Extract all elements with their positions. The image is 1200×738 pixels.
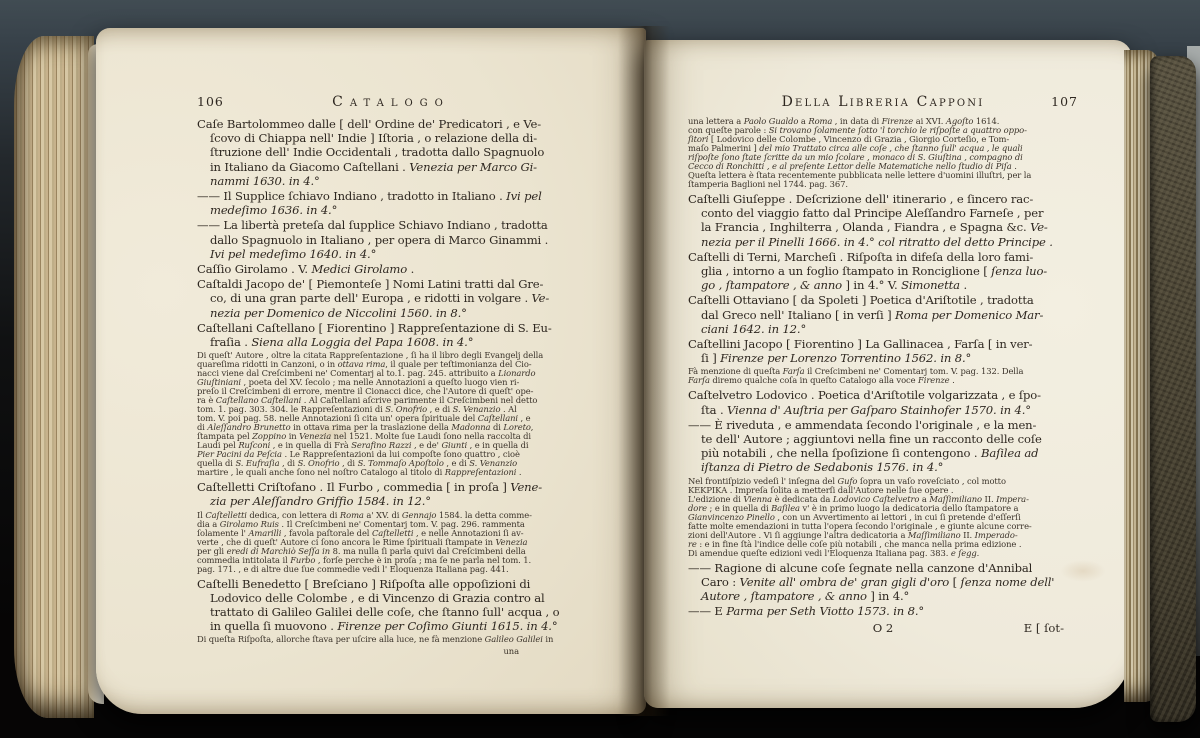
text-line: in quella ſi muovono . Firenze per Coſim… [197, 619, 585, 633]
text-line: Lodovico delle Colombe , e di Vincenzo d… [197, 591, 585, 605]
text-line: co, di una gran parte dell' Europa , e r… [197, 291, 585, 305]
text-line: nezia per Domenico de Niccolini 1560. in… [197, 306, 585, 320]
text-line: Caſe Bartolommeo dalle [ dell' Ordine de… [197, 117, 585, 131]
footnote-block: Fà menzione di queſta Farſa il Creſcimbe… [688, 367, 1088, 385]
book-photo: 106 Catalogo Caſe Bartolommeo dalle [ de… [0, 0, 1200, 738]
entry-block: Caſſio Girolamo . V. Medici Girolamo . [197, 262, 585, 276]
text-line: una [197, 647, 597, 656]
text-line: ſi ] Firenze per Lorenzo Torrentino 1562… [688, 351, 1078, 365]
left-page-header: 106 Catalogo [197, 94, 585, 110]
text-line: Di amendue queſte edizioni vedi l'Eloque… [688, 549, 1088, 558]
text-line: iſtanza di Pietro de Sedabonis 1576. in … [688, 460, 1078, 474]
text-line: Di queſta Riſpoſta, allorche ſtava per u… [197, 635, 597, 644]
text-line: Autore , ſtampatore , & anno ] in 4.° [688, 589, 1078, 603]
text-line: più notabili , che nella ſpoſizione ſi c… [688, 446, 1078, 460]
text-line: —— La libertà preteſa dal ſupplice Schia… [197, 218, 585, 232]
text-line: trattato di Galileo Galilei delle coſe, … [197, 605, 585, 619]
text-line: ſcovo di Chiappa nell' Indie ] Iſtoria ,… [197, 131, 585, 145]
text-line: Farſa diremo qualche coſa in queſto Cata… [688, 376, 1088, 385]
text-line: zia per Aleſſandro Griffio 1584. in 12.° [197, 494, 585, 508]
entry-block: —— È riveduta , e ammendata ſecondo l'or… [688, 418, 1078, 475]
right-page-number: 107 [1032, 94, 1078, 109]
text-line: dal Greco nell' Italiano [ in verſi ] Ro… [688, 308, 1078, 322]
entry-block: Caſe Bartolommeo dalle [ dell' Ordine de… [197, 117, 585, 188]
text-line: Caſtelletti Criſtofano . Il Furbo , comm… [197, 480, 585, 494]
text-line: Caſtellini Jacopo [ Fiorentino ] La Gall… [688, 337, 1078, 351]
text-line: nammi 1630. in 4.° [197, 174, 585, 188]
text-line: ſta . Vienna d' Auſtria per Gaſparo Stai… [688, 403, 1078, 417]
left-text-column: 106 Catalogo Caſe Bartolommeo dalle [ de… [197, 94, 585, 659]
footnote-block: una lettera a Paolo Gualdo a Roma , in d… [688, 117, 1088, 189]
text-line: Caſtelli Giuſeppe . Deſcrizione dell' it… [688, 192, 1078, 206]
text-line: —— Ragione di alcune coſe ſegnate nella … [688, 561, 1078, 575]
left-page-number: 106 [197, 94, 243, 109]
text-line: Caſſio Girolamo . V. Medici Girolamo . [197, 262, 585, 276]
text-line: Caſtaldi Jacopo de' [ Piemonteſe ] Nomi … [197, 277, 585, 291]
entry-block: Caſtellani Caſtellano [ Fiorentino ] Rap… [197, 321, 585, 349]
text-line: pag. 171. , e di altre due ſue commedie … [197, 565, 597, 574]
text-line: Ivi pel medeſimo 1640. in 4.° [197, 247, 585, 261]
text-line: in Italiano da Giacomo Caſtellani . Vene… [197, 160, 585, 174]
text-line: medeſimo 1636. in 4.° [197, 203, 585, 217]
text-line: la Francia , Inghilterra , Olanda , Fian… [688, 220, 1078, 234]
entry-block: Caſtelli di Terni, Marcheſi . Riſpoſta i… [688, 250, 1078, 293]
left-text-block: Caſe Bartolommeo dalle [ dell' Ordine de… [197, 117, 585, 656]
text-line: go , ſtampatore , & anno ] in 4.° V. Sim… [688, 278, 1078, 292]
right-running-title: Della Libreria Capponi [734, 94, 1032, 110]
entry-block: Caſtelli Ottaviano [ da Spoleti ] Poetic… [688, 293, 1078, 336]
text-line: ſtruzione dell' Indie Occidentali , trad… [197, 145, 585, 159]
book-cover [1150, 56, 1196, 722]
entry-block: Caſtelvetro Lodovico . Poetica d'Ariſtot… [688, 388, 1078, 416]
entry-block: Caſtaldi Jacopo de' [ Piemonteſe ] Nomi … [197, 277, 585, 320]
entry-block: Caſtelli Benedetto [ Breſciano ] Riſpoſt… [197, 577, 585, 634]
text-line: ſtamperia Baglioni nel 1744. pag. 367. [688, 180, 1088, 189]
page-edges-left [14, 36, 94, 718]
text-line: Caſtelli Ottaviano [ da Spoleti ] Poetic… [688, 293, 1078, 307]
text-line: te dell' Autore ; aggiuntovi nella fine … [688, 432, 1078, 446]
text-line: fraſia . Siena alla Loggia del Papa 1608… [197, 335, 585, 349]
text-line: —— E Parma per Seth Viotto 1573. in 8.° [688, 604, 1078, 618]
text-line: Caſtelvetro Lodovico . Poetica d'Ariſtot… [688, 388, 1078, 402]
catchword: E [ ſot- [1024, 621, 1064, 635]
right-page-header: Della Libreria Capponi 107 [688, 94, 1078, 110]
entry-block: —— Il Supplice ſchiavo Indiano , tradott… [197, 189, 585, 217]
text-line: —— Il Supplice ſchiavo Indiano , tradott… [197, 189, 585, 203]
entry-block: —— Ragione di alcune coſe ſegnate nella … [688, 561, 1078, 604]
footnote-block: una [197, 647, 597, 656]
entry-block: Caſtellini Jacopo [ Fiorentino ] La Gall… [688, 337, 1078, 365]
footnote-block: Di queſta Riſpoſta, allorche ſtava per u… [197, 635, 597, 644]
text-line: Caſtelli di Terni, Marcheſi . Riſpoſta i… [688, 250, 1078, 264]
gathering-signature: O 2 [688, 621, 1078, 635]
footnote-block: Di queſt' Autore , oltre la citata Rappr… [197, 351, 597, 477]
right-text-block: una lettera a Paolo Gualdo a Roma , in d… [688, 117, 1078, 637]
text-line: Caſtelli Benedetto [ Breſciano ] Riſpoſt… [197, 577, 585, 591]
entry-block: —— La libertà preteſa dal ſupplice Schia… [197, 218, 585, 261]
entry-block: —— E Parma per Seth Viotto 1573. in 8.° [688, 604, 1078, 618]
text-line: glia , intorno a un foglio ſtampato in R… [688, 264, 1078, 278]
footnote-block: Il Caſtelletti dedica, con lettera di Ro… [197, 511, 597, 574]
signature-line: O 2E [ ſot- [688, 621, 1078, 637]
entry-block: Caſtelli Giuſeppe . Deſcrizione dell' it… [688, 192, 1078, 249]
text-line: conto del viaggio fatto dal Principe Ale… [688, 206, 1078, 220]
text-line: Caſtellani Caſtellano [ Fiorentino ] Rap… [197, 321, 585, 335]
text-line: nezia per il Pinelli 1666. in 4.° col ri… [688, 235, 1078, 249]
entry-block: Caſtelletti Criſtofano . Il Furbo , comm… [197, 480, 585, 508]
text-line: Caro : Venite all' ombra de' gran gigli … [688, 575, 1078, 589]
text-line: dallo Spagnuolo in Italiano , per opera … [197, 233, 585, 247]
right-text-column: Della Libreria Capponi 107 una lettera a… [688, 94, 1078, 637]
text-line: ciani 1642. in 12.° [688, 322, 1078, 336]
text-line: —— È riveduta , e ammendata ſecondo l'or… [688, 418, 1078, 432]
text-line: martire , le quali anche ſono nel noſtro… [197, 468, 597, 477]
footnote-block: Nel frontiſpizio vedeſi l' inſegna del G… [688, 477, 1088, 558]
left-running-title: Catalogo [243, 94, 539, 110]
